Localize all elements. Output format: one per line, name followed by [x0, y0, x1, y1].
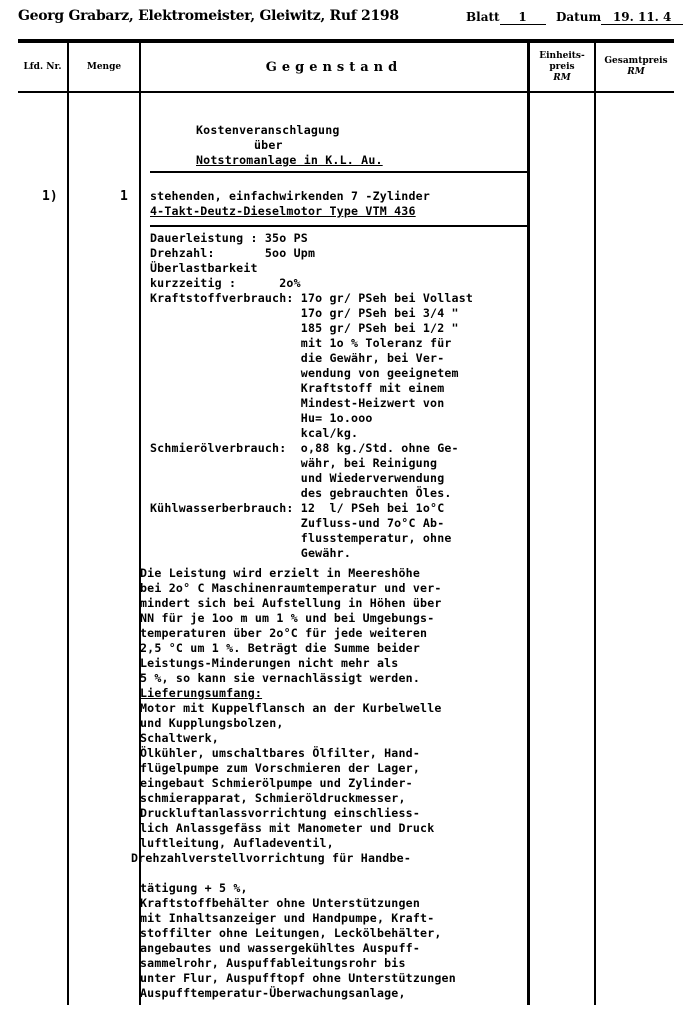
- currency-label: RM: [553, 73, 570, 84]
- lieferumfang-heading: Lieferungsumfang:: [140, 686, 442, 701]
- einheit-line1: Einheits-: [539, 51, 584, 62]
- scope-continued: tätigung + 5 %, Kraftstoffbehälter ohne …: [140, 881, 456, 1001]
- sheet-label: Blatt: [466, 10, 500, 24]
- column-header-gesamtpreis: Gesamtpreis RM: [596, 43, 676, 91]
- header-rule: [18, 91, 674, 93]
- date: Datum19. 11. 4: [556, 10, 683, 25]
- sheet-number: Blatt1: [466, 10, 546, 25]
- column-divider: [527, 43, 530, 1005]
- letterhead: Georg Grabarz, Elektromeister, Gleiwitz,…: [18, 8, 399, 24]
- column-header-lfd-nr: Lfd. Nr.: [18, 43, 67, 91]
- specifications: Dauerleistung : 35o PS Drehzahl: 5oo Upm…: [150, 231, 473, 561]
- performance-text: Die Leistung wird erzielt in Meereshöhe …: [140, 566, 442, 686]
- item-line1: stehenden, einfachwirkenden 7 -Zylinder: [150, 189, 430, 204]
- performance-note: Die Leistung wird erzielt in Meereshöhe …: [140, 566, 442, 851]
- item-heading: stehenden, einfachwirkenden 7 -Zylinder4…: [150, 189, 430, 219]
- date-value: 19. 11. 4: [601, 10, 683, 25]
- einheit-line2: preis: [549, 62, 574, 73]
- column-header-gegenstand: Gegenstand: [141, 43, 527, 91]
- document-title: KostenveranschlagungüberNotstromanlage i…: [196, 123, 383, 168]
- item-quantity: 1: [120, 189, 128, 204]
- currency-label: RM: [627, 67, 644, 78]
- item-line2: 4-Takt-Deutz-Dieselmotor Type VTM 436: [150, 204, 430, 219]
- sheet-value: 1: [500, 10, 546, 25]
- item-number: 1): [42, 189, 58, 204]
- column-header-menge: Menge: [69, 43, 139, 91]
- title-rule: [150, 171, 528, 173]
- item-rule: [150, 225, 528, 227]
- title-line1: Kostenveranschlagung: [196, 123, 383, 138]
- title-line2: über: [196, 138, 383, 153]
- column-header-einheitspreis: Einheits- preis RM: [530, 43, 594, 91]
- column-divider: [594, 43, 596, 1005]
- gesamt-label: Gesamtpreis: [604, 56, 667, 67]
- title-line3: Notstromanlage in K.L. Au.: [196, 153, 383, 168]
- date-label: Datum: [556, 10, 601, 24]
- column-divider: [67, 43, 69, 1005]
- lieferumfang-text: Motor mit Kuppelflansch an der Kurbelwel…: [140, 701, 442, 851]
- drehzahl-line: Drehzahlverstellvorrichtung für Handbe-: [131, 851, 411, 866]
